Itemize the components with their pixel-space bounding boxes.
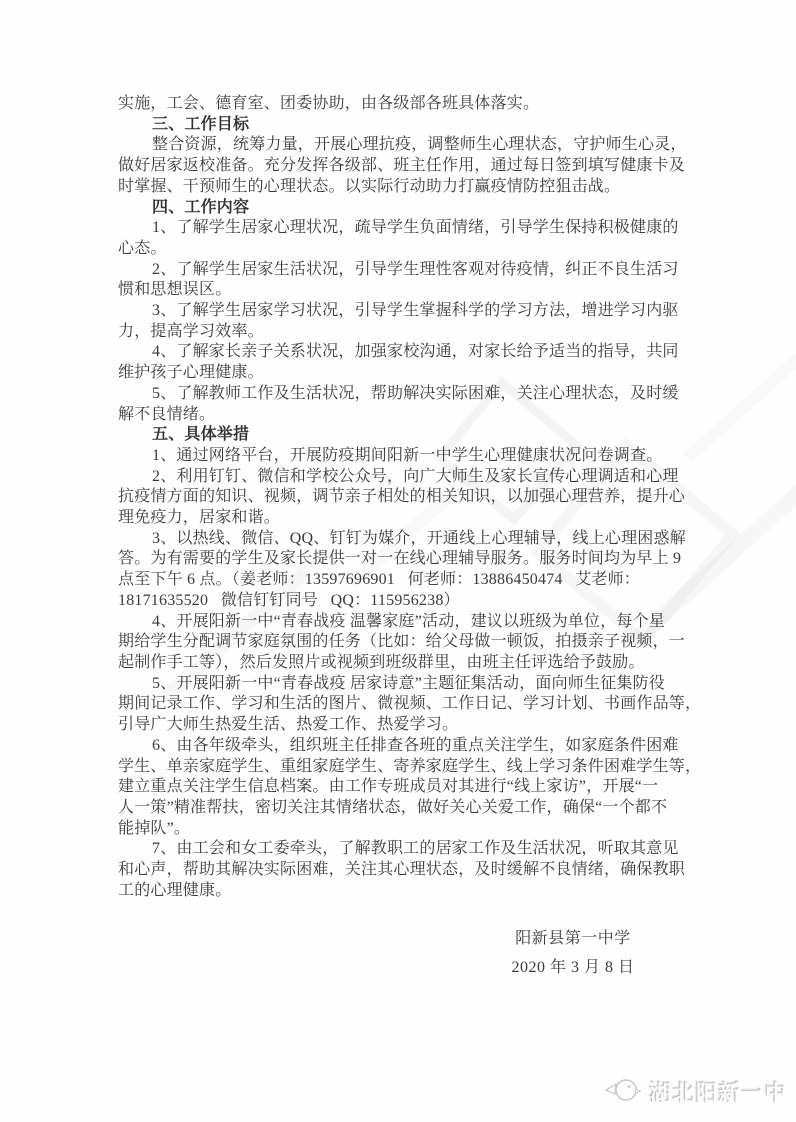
document-line: 心态。 xyxy=(118,239,690,260)
document-line: 学生、单亲家庭学生、重组家庭学生、寄养家庭学生、线上学习条件困难学生等， xyxy=(118,757,690,778)
document-line: 6、由各年级牵头，组织班主任排查各班的重点关注学生，如家庭条件困难 xyxy=(118,736,690,757)
document-line: 18171635520 微信钉钉同号 QQ：115956238） xyxy=(118,591,690,612)
document-line: 引导广大师生热爱生活、热爱工作、热爱学习。 xyxy=(118,715,690,736)
document-line: 5、开展阳新一中“青春战疫 居家诗意”主题征集活动，面向师生征集防役 xyxy=(118,674,690,695)
document-line: 期间记录工作、学习和生活的图片、微视频、工作日记、学习计划、书画作品等， xyxy=(118,694,690,715)
document-line: 做好居家返校准备。充分发挥各级部、班主任作用，通过每日签到填写健康卡及 xyxy=(118,156,690,177)
document-line: 理免疫力，居家和谐。 xyxy=(118,508,690,529)
document-line: 2、利用钉钉、微信和学校公众号，向广大师生及家长宣传心理调适和心理 xyxy=(118,467,690,488)
document-line: 整合资源，统筹力量，开展心理抗疫，调整师生心理状态，守护师生心灵， xyxy=(118,135,690,156)
scan-watermark-shape xyxy=(683,353,796,462)
account-watermark: 湖北阳新一中 xyxy=(602,1075,788,1110)
signature-date: 2020 年 3 月 8 日 xyxy=(433,953,713,982)
document-line: 7、由工会和女工委牵头，了解教职工的居家工作及生活状况，听取其意见 xyxy=(118,839,690,860)
document-line: 2、了解学生居家生活状况，引导学生理性客观对待疫情，纠正不良生活习 xyxy=(118,260,690,281)
document-line: 3、以热线、微信、QQ、钉钉为媒介，开通线上心理辅导，线上心理困惑解 xyxy=(118,529,690,550)
document-lines: 实施，工会、德育室、团委协助，由各级部各班具体落实。三、工作目标整合资源，统筹力… xyxy=(118,94,690,901)
document-line: 答。为有需要的学生及家长提供一对一在线心理辅导服务。服务时间均为早上 9 xyxy=(118,549,690,570)
document-line: 5、了解教师工作及生活状况，帮助解决实际困难，关注心理状态，及时缓 xyxy=(118,384,690,405)
document-line: 1、通过网络平台，开展防疫期间阳新一中学生心理健康状况问卷调查。 xyxy=(118,446,690,467)
document-line: 力，提高学习效率。 xyxy=(118,322,690,343)
document-line: 解不良情绪。 xyxy=(118,405,690,426)
bird-logo-icon xyxy=(602,1075,644,1110)
document-line: 人一策”精准帮扶，密切关注其情绪状态，做好关心关爱工作，确保“一个都不 xyxy=(118,798,690,819)
document-line: 建立重点关注学生信息档案。由工作专班成员对其进行“线上家访”，开展“一 xyxy=(118,777,690,798)
document-line: 点至下午 6 点。（姜老师：13597696901 何老师：1388645047… xyxy=(118,570,690,591)
signature-block: 阳新县第一中学 2020 年 3 月 8 日 xyxy=(433,924,713,982)
document-line: 维护孩子心理健康。 xyxy=(118,363,690,384)
document-line: 三、工作目标 xyxy=(118,115,690,136)
account-watermark-label: 湖北阳新一中 xyxy=(650,1077,788,1108)
document-line: 3、了解学生居家学习状况，引导学生掌握科学的学习方法，增进学习内驱 xyxy=(118,301,690,322)
signature-org: 阳新县第一中学 xyxy=(433,924,713,953)
document-line: 四、工作内容 xyxy=(118,198,690,219)
document-line: 抗疫情方面的知识、视频，调节亲子相处的相关知识，以加强心理营养，提升心 xyxy=(118,487,690,508)
document-line: 实施，工会、德育室、团委协助，由各级部各班具体落实。 xyxy=(118,94,690,115)
document-line: 4、了解家长亲子关系状况，加强家校沟通，对家长给予适当的指导，共同 xyxy=(118,342,690,363)
document-line: 1、了解学生居家心理状况，疏导学生负面情绪，引导学生保持积极健康的 xyxy=(118,218,690,239)
document-line: 五、具体举措 xyxy=(118,425,690,446)
document-line: 期给学生分配调节家庭氛围的任务（比如：给父母做一顿饭，拍摄亲子视频，一 xyxy=(118,632,690,653)
document-line: 时掌握、干预师生的心理状态。以实际行动助力打赢疫情防控狙击战。 xyxy=(118,177,690,198)
document-line: 能掉队”。 xyxy=(118,819,690,840)
document-line: 惯和思想误区。 xyxy=(118,280,690,301)
document-line: 和心声，帮助其解决实际困难，关注其心理状态，及时缓解不良情绪，确保教职 xyxy=(118,860,690,881)
document-line: 起制作手工等），然后发照片或视频到班级群里，由班主任评选给予鼓励。 xyxy=(118,653,690,674)
document-line: 4、开展阳新一中“青春战疫 温馨家庭”活动，建议以班级为单位，每个星 xyxy=(118,612,690,633)
document-line: 工的心理健康。 xyxy=(118,881,690,902)
scanned-document-page: 实施，工会、德育室、团委协助，由各级部各班具体落实。三、工作目标整合资源，统筹力… xyxy=(0,0,796,1122)
